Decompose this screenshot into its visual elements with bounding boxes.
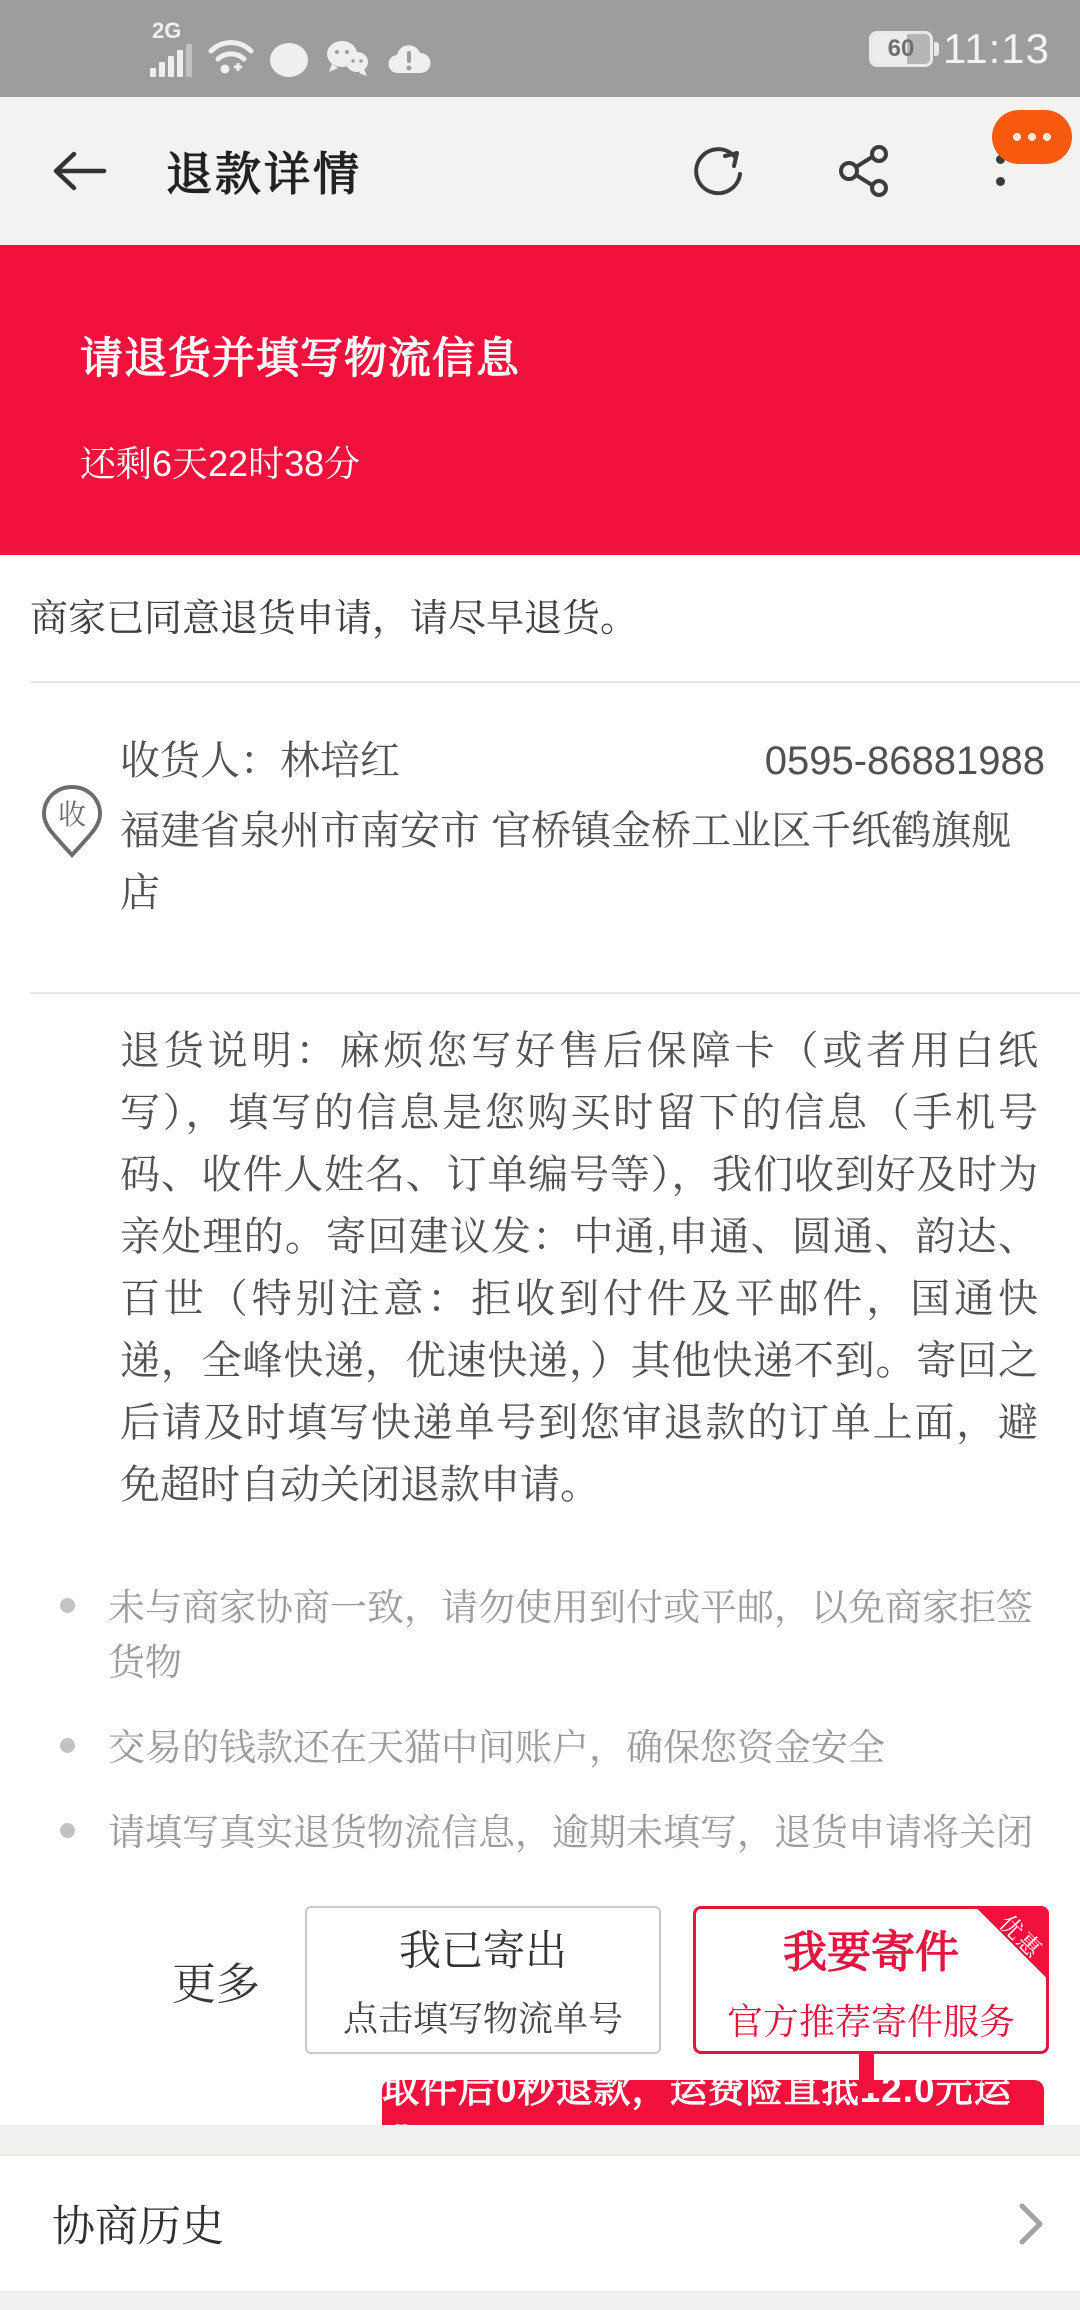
receiver-name: 收货人：林培红 — [120, 729, 400, 786]
shipped-button-subtitle: 点击填写物流单号 — [343, 1992, 623, 2042]
main-content: 商家已同意退货申请，请尽早退货。 收 收货人：林培红 0595-86881988… — [0, 555, 1080, 2125]
refresh-button[interactable] — [690, 142, 748, 200]
notice-item: 请填写真实退货物流信息，逾期未填写，退货申请将关闭 — [58, 1805, 1040, 1860]
more-button[interactable]: 更多 — [172, 1948, 260, 2012]
network-type-label: 2G — [152, 20, 181, 42]
refresh-icon — [690, 142, 748, 200]
i-have-shipped-button[interactable]: 我已寄出 点击填写物流单号 — [305, 1906, 661, 2054]
signal-bars-icon: 2G — [150, 20, 192, 77]
notice-item: 交易的钱款还在天猫中间账户，确保您资金安全 — [58, 1720, 1040, 1775]
battery-level: 60 — [888, 35, 915, 63]
send-button-title: 我要寄件 — [783, 1916, 959, 1980]
return-instructions: 退货说明：麻烦您写好售后保障卡（或者用白纸写），填写的信息是您购买时留下的信息（… — [120, 1020, 1038, 1516]
chevron-right-icon — [1018, 2201, 1044, 2247]
notice-item: 未与商家协商一致，请勿使用到付或平邮，以免商家拒签货物 — [58, 1580, 1040, 1690]
refund-detail-screen: 2G — [0, 0, 1080, 2310]
actions-section: 更多 我已寄出 点击填写物流单号 我要寄件 官方推荐寄件服务 优惠 取件后0秒退… — [0, 1906, 1080, 2125]
status-icons-left: 2G — [150, 20, 432, 77]
pickup-promo-tooltip: 取件后0秒退款，运费险直抵12.0元运费 — [382, 2080, 1044, 2125]
wechat-icon — [324, 39, 370, 77]
share-button[interactable] — [836, 143, 892, 199]
floating-ball-icon[interactable] — [992, 110, 1072, 164]
tooltip-connector — [859, 2051, 874, 2093]
chat-bubble-icon — [270, 43, 308, 77]
app-header: 退款详情 — [0, 97, 1080, 245]
share-icon — [836, 143, 892, 199]
negotiation-history-label: 协商历史 — [52, 2193, 224, 2254]
back-button[interactable] — [48, 136, 118, 206]
notice-list: 未与商家协商一致，请勿使用到付或平邮，以免商家拒签货物 交易的钱款还在天猫中间账… — [58, 1580, 1040, 1860]
discount-ribbon-label: 优惠 — [993, 1906, 1052, 1965]
page-title: 退款详情 — [166, 138, 362, 204]
seller-agreed-message: 商家已同意退货申请，请尽早退货。 — [0, 555, 1080, 645]
wifi-icon — [208, 37, 254, 77]
send-button-subtitle: 官方推荐寄件服务 — [727, 1994, 1015, 2045]
bottom-gap — [0, 2291, 1080, 2310]
svg-text:收: 收 — [58, 799, 86, 830]
shipped-button-title: 我已寄出 — [399, 1918, 567, 1978]
receiver-phone: 0595-86881988 — [765, 739, 1045, 784]
refund-status-banner: 请退货并填写物流信息 还剩6天22时38分 — [0, 245, 1080, 555]
divider — [30, 992, 1080, 994]
return-address-block: 收 收货人：林培红 0595-86881988 福建省泉州市南安市 官桥镇金桥工… — [0, 683, 1080, 956]
discount-ribbon: 优惠 — [973, 1906, 1049, 1982]
banner-title: 请退货并填写物流信息 — [80, 325, 1080, 386]
battery-icon: 60 — [869, 31, 933, 67]
status-icons-right: 60 11:13 — [869, 25, 1050, 73]
receive-pin-icon: 收 — [38, 783, 106, 863]
negotiation-history-row[interactable]: 协商历史 — [0, 2156, 1080, 2291]
clock-time: 11:13 — [943, 25, 1050, 73]
status-bar: 2G — [0, 0, 1080, 97]
back-arrow-icon — [48, 148, 110, 194]
cloud-alert-icon — [386, 41, 432, 77]
request-pickup-button[interactable]: 我要寄件 官方推荐寄件服务 优惠 — [693, 1906, 1049, 2054]
banner-countdown: 还剩6天22时38分 — [80, 436, 1080, 487]
section-gap — [0, 2125, 1080, 2156]
receiver-address: 福建省泉州市南安市 官桥镇金桥工业区千纸鹤旗舰店 — [120, 800, 1045, 924]
